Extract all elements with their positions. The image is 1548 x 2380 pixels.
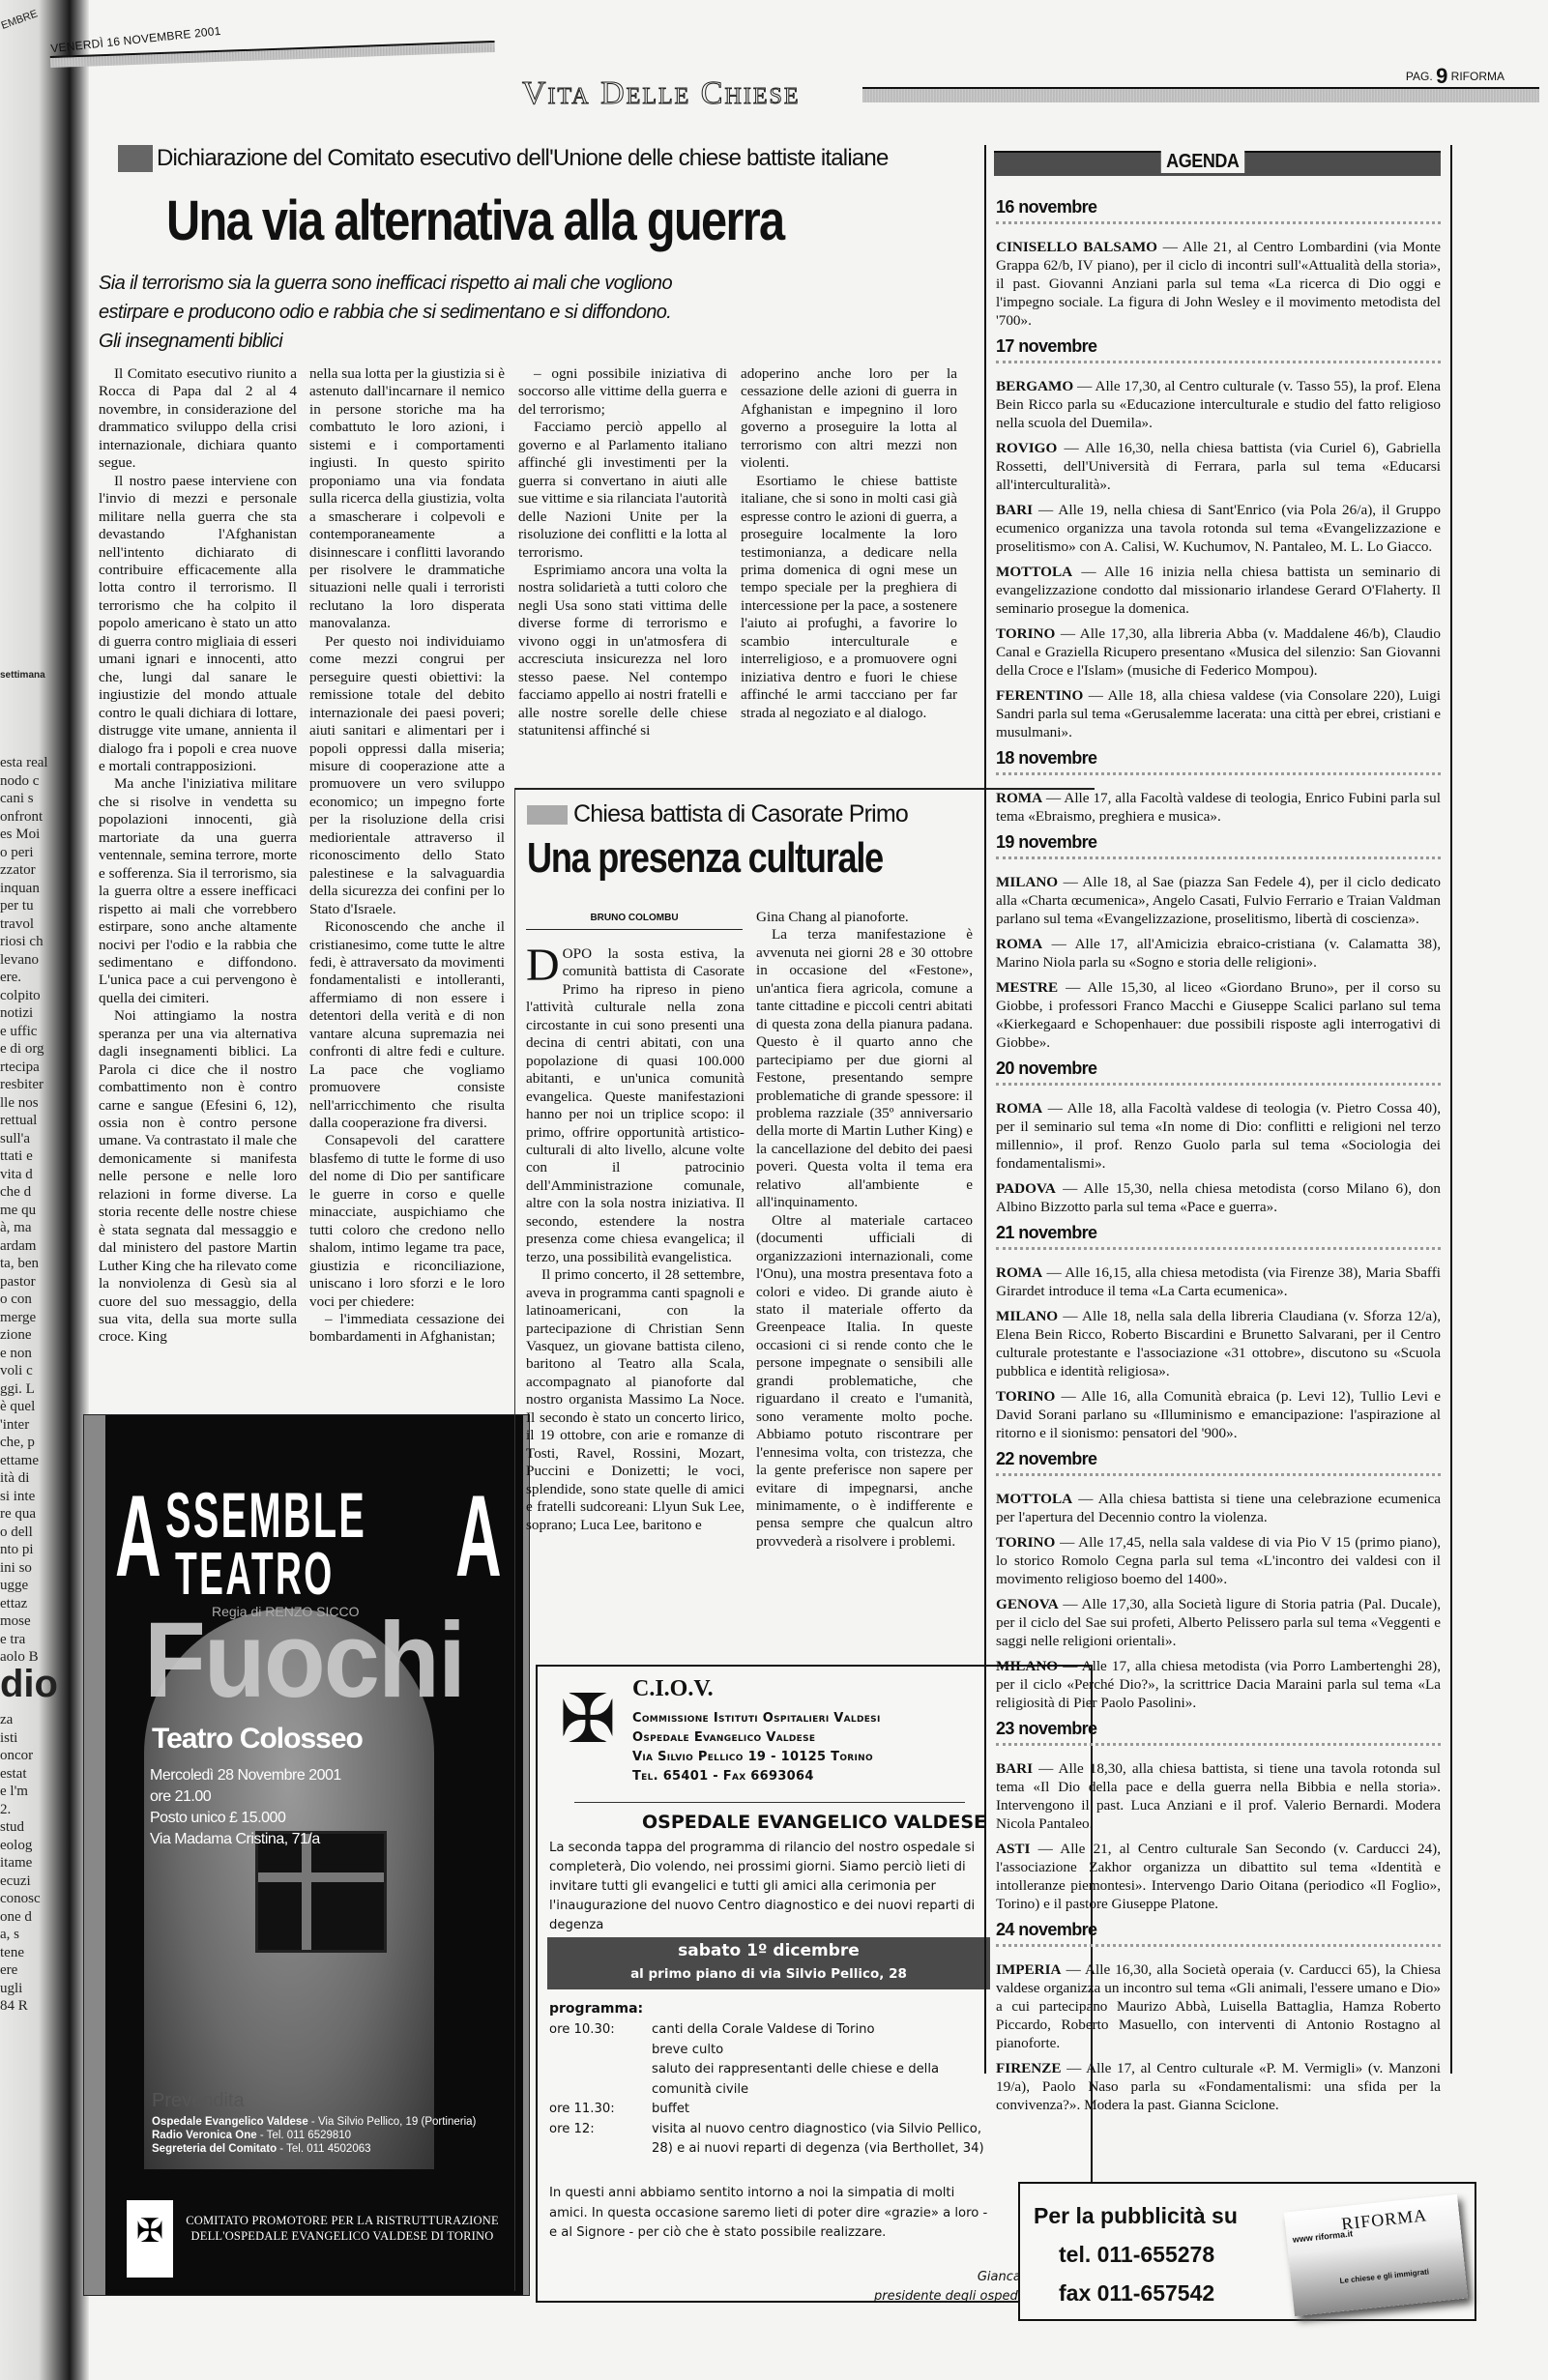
gutter-fragment: cani s [0, 790, 58, 808]
gutter-fragment: es Moi [0, 826, 58, 844]
gutter-fragment: e l'm [0, 1783, 58, 1801]
gutter-text-fragments: esta realnodo ccani sonfrontes Moio peri… [0, 754, 58, 1667]
gutter-fragment: ardam [0, 1237, 58, 1256]
gutter-fragment: ere. [0, 969, 58, 987]
second-article-column-2: Gina Chang al pianoforte.La terza manife… [756, 909, 973, 1551]
agenda-event: GENOVA — Alle 17,30, alla Società ligure… [996, 1595, 1441, 1650]
event-city: BARI [996, 502, 1033, 518]
program-list: ore 10.30:canti della Corale Valdese di … [549, 2020, 996, 2160]
event-city: MOTTOLA [996, 1491, 1072, 1507]
event-time: ore 21.00 [150, 1786, 341, 1808]
ciov-divider [574, 1802, 965, 1803]
column-divider [514, 788, 515, 2291]
gutter-fragment: za [0, 1711, 58, 1729]
event-city: TORINO [996, 625, 1055, 642]
agenda-event: PADOVA — Alle 15,30, nella chiesa metodi… [996, 1179, 1441, 1216]
gutter-fragment: mose [0, 1612, 58, 1631]
event-city: FERENTINO [996, 687, 1083, 704]
agenda-day-heading: 18 novembre [996, 748, 1441, 775]
ciov-name: C.I.O.V. [632, 1676, 714, 1702]
kicker-text: Dichiarazione del Comitato esecutivo del… [157, 145, 889, 172]
event-city: MILANO [996, 1658, 1058, 1674]
gutter-fragment: travol [0, 915, 58, 934]
gutter-fragment: one d [0, 1908, 58, 1927]
venue-name: Teatro Colosseo [152, 1723, 363, 1756]
event-city: MOTTOLA [996, 564, 1072, 580]
gutter-fragment: si inte [0, 1488, 58, 1506]
paragraph: Noi attingiamo la nostra speranza per un… [99, 1007, 297, 1347]
gutter-fragment: estat [0, 1765, 58, 1784]
program-items: canti della Corale Valdese di Torinobrev… [652, 2020, 996, 2100]
main-article-kicker: Dichiarazione del Comitato esecutivo del… [118, 145, 889, 172]
gutter-fragment: e di org [0, 1040, 58, 1059]
gutter-fragment: oncor [0, 1747, 58, 1765]
prevendita-contacts: Ospedale Evangelico Valdese - Via Silvio… [152, 2115, 476, 2156]
paragraph: adoperino anche loro per la cessazione d… [741, 365, 957, 473]
event-city: PADOVA [996, 1180, 1056, 1197]
gutter-fragment: è quel [0, 1398, 58, 1416]
agenda-event: ROMA — Alle 17, alla Facoltà valdese di … [996, 789, 1441, 826]
committee-name: COMITATO PROMOTORE PER LA RISTRUTTURAZIO… [183, 2213, 502, 2244]
main-article-column-2: nella sua lotta per la giustizia si è as… [309, 365, 505, 1347]
event-city: ASTI [996, 1841, 1030, 1857]
agenda-event: FERENTINO — Alle 18, alla chiesa valdese… [996, 686, 1441, 741]
agenda-title: AGENDA [1161, 151, 1244, 173]
gutter-fragment: o con [0, 1291, 58, 1309]
paragraph: Esortiamo le chiese battiste italiane, c… [741, 473, 957, 722]
agenda-event: FIRENZE — Alle 17, al Centro culturale «… [996, 2059, 1441, 2114]
gutter-fragment: inquan [0, 880, 58, 898]
main-deck: Sia il terrorismo sia la guerra sono ine… [99, 269, 679, 356]
paragraph: – l'immediata cessazione dei bombardamen… [309, 1311, 505, 1347]
gutter-fragment: nto pi [0, 1541, 58, 1559]
gutter-fragment: merge [0, 1309, 58, 1327]
gutter-fragment: levano [0, 951, 58, 970]
gutter-fragment: vita d [0, 1166, 58, 1184]
program-time: ore 12: [549, 2120, 652, 2160]
agenda-day-heading: 16 novembre [996, 197, 1441, 224]
agenda-event: IMPERIA — Alle 16,30, alla Società opera… [996, 1960, 1441, 2052]
paragraph: nella sua lotta per la giustizia si è as… [309, 365, 505, 633]
paragraph: – ogni possibile iniziativa di soccorso … [518, 365, 727, 419]
pub-phone: tel. 011-655278 [1059, 2242, 1214, 2268]
gutter-top-word: EMBRE [0, 0, 59, 35]
publication-name: RIFORMA [1451, 70, 1504, 83]
agenda-event: CINISELLO BALSAMO — Alle 21, al Centro L… [996, 238, 1441, 330]
pub-line1: Per la pubblicità su [1034, 2203, 1238, 2229]
paragraph: Ma anche l'iniziativa militare che si ri… [99, 775, 297, 1007]
pubblicita-advertisement: Per la pubblicità su tel. 011-655278 fax… [1018, 2182, 1476, 2321]
paragraph: Esprimiamo ancora una volta la nostra so… [518, 562, 727, 740]
program-item: saluto dei rappresentanti delle chiese e… [652, 2060, 996, 2100]
gutter-fragment: pastor [0, 1273, 58, 1292]
event-price: Posto unico £ 15.000 [150, 1808, 341, 1829]
pub-fax: fax 011-657542 [1059, 2280, 1214, 2307]
gutter-fragment: ggi. L [0, 1380, 58, 1399]
program-item: canti della Corale Valdese di Torino [652, 2020, 996, 2041]
gutter-fragment: re qua [0, 1505, 58, 1524]
gutter-fragment: ere [0, 1961, 58, 1980]
gutter-fragment: lle nos [0, 1094, 58, 1113]
paragraph: Facciamo perciò appello al governo e al … [518, 419, 727, 562]
teatro-advertisement: A SSEMBLE TEATRO A Fuochi Regia di RENZO… [83, 1414, 530, 2296]
main-article-column-3: – ogni possibile iniziativa di soccorso … [518, 365, 727, 740]
agenda-day-heading: 19 novembre [996, 832, 1441, 859]
event-city: MESTRE [996, 979, 1058, 996]
gutter-fragment: à, ma [0, 1219, 58, 1237]
agenda-event: MILANO — Alle 18, al Sae (piazza San Fed… [996, 873, 1441, 928]
gutter-fragment: 84 R [0, 1997, 58, 2016]
gutter-fragment: ettame [0, 1452, 58, 1470]
paragraph: Il nostro paese interviene con l'invio d… [99, 473, 297, 776]
program-row: ore 10.30:canti della Corale Valdese di … [549, 2020, 996, 2100]
gutter-fragment: colpito [0, 987, 58, 1005]
agenda-event: ROMA — Alle 16,15, alla chiesa metodista… [996, 1263, 1441, 1300]
event-city: ROVIGO [996, 440, 1057, 456]
huguenot-cross-icon: ✠ [551, 1680, 625, 1777]
agenda-event: MOTTOLA — Alle 16 inizia nella chiesa ba… [996, 563, 1441, 618]
gutter-fragment: o peri [0, 844, 58, 862]
page-indicator: PAG. 9 RIFORMA [1406, 64, 1504, 89]
agenda-day-heading: 22 novembre [996, 1449, 1441, 1476]
contact-row: Radio Veronica One - Tel. 011 6529810 [152, 2129, 476, 2142]
newspaper-image: RIFORMA www riforma.it Le chiese e gli i… [1284, 2194, 1468, 2316]
gutter-fragment: ugge [0, 1577, 58, 1595]
agenda-event: BERGAMO — Alle 17,30, al Centro cultural… [996, 377, 1441, 432]
ciov-intro: La seconda tappa del programma di rilanc… [549, 1839, 994, 1935]
program-time: ore 11.30: [549, 2100, 652, 2120]
kicker-bar [118, 145, 153, 172]
gutter-label: settimana [0, 667, 58, 685]
gutter-fragment: riosi ch [0, 933, 58, 951]
gutter-fragment: esta real [0, 754, 58, 772]
event-info: Mercoledì 28 Novembre 2001 ore 21.00 Pos… [150, 1765, 341, 1850]
gutter-fragment: ini so [0, 1559, 58, 1578]
main-article-column-4: adoperino anche loro per la cessazione d… [741, 365, 957, 722]
gutter-fragment: per tu [0, 897, 58, 915]
main-article-column-1: Il Comitato esecutivo riunito a Rocca di… [99, 365, 297, 1347]
ciov-closing: In questi anni abbiamo sentito intorno a… [549, 2184, 996, 2244]
huguenot-cross-icon: ✠ [127, 2200, 173, 2278]
agenda-event: ROVIGO — Alle 16,30, nella chiesa battis… [996, 439, 1441, 494]
ad-letter-a-right: A [455, 1478, 502, 1594]
agenda-list: 16 novembreCINISELLO BALSAMO — Alle 21, … [996, 193, 1441, 2121]
event-city: ROMA [996, 790, 1042, 806]
ad-title-line2: TEATRO [175, 1545, 335, 1605]
drop-cap: D [526, 947, 560, 984]
contact-row: Segreteria del Comitato - Tel. 011 45020… [152, 2142, 476, 2156]
second-headline: Una presenza culturale [527, 834, 883, 883]
gutter-fragment: eolog [0, 1837, 58, 1855]
gutter-fragment: ta, ben [0, 1255, 58, 1273]
gutter-fragment: che d [0, 1183, 58, 1202]
gutter-fragment: ettaz [0, 1595, 58, 1613]
second-article-column-1: DOPO la sosta estiva, la comunità battis… [526, 945, 745, 1534]
main-headline: Una via alternativa alla guerra [166, 189, 783, 253]
event-city: BARI [996, 1760, 1033, 1777]
agenda-event: BARI — Alle 18,30, alla chiesa battista,… [996, 1759, 1441, 1833]
gutter-fragment: e tra [0, 1631, 58, 1649]
gutter-fragment: tene [0, 1944, 58, 1962]
previous-page-gutter: EMBRE settimana esta realnodo ccani sonf… [0, 0, 89, 2380]
prevendita-label: Prevendita [152, 2090, 245, 2112]
gutter-fragment: rtecipa [0, 1059, 58, 1077]
gutter-fragment: e non [0, 1345, 58, 1363]
program-time: ore 10.30: [549, 2020, 652, 2100]
paragraph: Il primo concerto, il 28 settembre, avev… [526, 1266, 745, 1534]
agenda-event: ROMA — Alle 17, all'Amicizia ebraico-cri… [996, 935, 1441, 972]
paragraph: Oltre al materiale cartaceo (documenti u… [756, 1212, 973, 1552]
gutter-lower-fragments: zaistioncorestate l'm2.studeologitameecu… [0, 1711, 58, 2016]
agenda-day-heading: 21 novembre [996, 1223, 1441, 1250]
event-city: MILANO [996, 1308, 1058, 1324]
second-article-kicker: Chiesa battista di Casorate Primo [527, 800, 908, 828]
gutter-fragment: zione [0, 1326, 58, 1345]
program-row: ore 11.30:buffet [549, 2100, 996, 2120]
event-city: IMPERIA [996, 1961, 1062, 1978]
paragraph: Consapevoli del carattere blasfemo di tu… [309, 1132, 505, 1311]
gutter-fragment: resbiter [0, 1076, 58, 1094]
event-city: GENOVA [996, 1596, 1059, 1612]
gutter-fragment: ità di [0, 1469, 58, 1488]
event-city: ROMA [996, 1264, 1042, 1281]
paragraph: Per questo noi individuiamo come mezzi c… [309, 633, 505, 918]
gutter-fragment: che, p [0, 1434, 58, 1452]
paragraph: Gina Chang al pianoforte. [756, 909, 973, 926]
event-city: ROMA [996, 936, 1042, 952]
ad-title-line1: SSEMBLE [165, 1483, 366, 1547]
gutter-fragment: ugli [0, 1980, 58, 1998]
agenda-event: MESTRE — Alle 15,30, al liceo «Giordano … [996, 978, 1441, 1052]
gutter-dio-word: dio [0, 1663, 58, 1705]
contact-row: Ospedale Evangelico Valdese - Via Silvio… [152, 2115, 476, 2129]
gutter-fragment: stud [0, 1818, 58, 1837]
gutter-fragment: notizi [0, 1004, 58, 1023]
agenda-event: ASTI — Alle 21, al Centro culturale San … [996, 1840, 1441, 1913]
paragraph: La terza manifestazione è avvenuta nei g… [756, 926, 973, 1211]
paragraph: DOPO la sosta estiva, la comunità battis… [526, 945, 745, 1266]
gutter-fragment: onfront [0, 808, 58, 827]
event-city: ROMA [996, 1100, 1042, 1117]
agenda-event: TORINO — Alle 17,30, alla libreria Abba … [996, 624, 1441, 680]
gutter-fragment: 'inter [0, 1416, 58, 1435]
gutter-fragment: voli c [0, 1362, 58, 1380]
section-title: Vita Delle Chiese [522, 75, 800, 112]
program-items: buffet [652, 2100, 689, 2120]
gutter-fragment: zzator [0, 861, 58, 880]
program-label: programma: [549, 2001, 643, 2017]
event-city: TORINO [996, 1388, 1055, 1405]
ad-letter-a-left: A [115, 1478, 161, 1594]
event-city: TORINO [996, 1534, 1055, 1551]
program-item: visita al nuovo centro diagnostico (via … [652, 2120, 996, 2160]
event-city: CINISELLO BALSAMO [996, 239, 1157, 255]
agenda-event: TORINO — Alle 17,45, nella sala valdese … [996, 1533, 1441, 1588]
gutter-fragment: me qu [0, 1202, 58, 1220]
byline: BRUNO COLOMBU [526, 913, 743, 930]
ciov-address: Commissione Istituti Ospitalieri Valdesi… [632, 1709, 881, 1786]
paragraph: Riconoscendo che anche il cristianesimo,… [309, 918, 505, 1132]
gutter-fragment: nodo c [0, 772, 58, 791]
event-date: Mercoledì 28 Novembre 2001 [150, 1765, 341, 1786]
kicker-bar [527, 805, 568, 825]
event-city: BERGAMO [996, 378, 1073, 394]
gutter-fragment: isti [0, 1729, 58, 1748]
event-city: FIRENZE [996, 2060, 1062, 2076]
play-director: Regia di RENZO SICCO [212, 1604, 359, 1619]
event-address: Via Madama Cristina, 71/a [150, 1829, 341, 1850]
gutter-fragment: e uffic [0, 1023, 58, 1041]
gutter-fragment: 2. [0, 1801, 58, 1819]
agenda-event: BARI — Alle 19, nella chiesa di Sant'Enr… [996, 501, 1441, 556]
agenda-header: AGENDA [994, 151, 1441, 176]
gutter-fragment: itame [0, 1854, 58, 1872]
program-row: ore 12:visita al nuovo centro diagnostic… [549, 2120, 996, 2160]
page-number: 9 [1436, 64, 1447, 88]
event-city: MILANO [996, 874, 1058, 890]
agenda-sidebar: AGENDA 16 novembreCINISELLO BALSAMO — Al… [984, 145, 1452, 2074]
agenda-day-heading: 20 novembre [996, 1059, 1441, 1086]
agenda-event: MILANO — Alle 18, nella sala della libre… [996, 1307, 1441, 1380]
gutter-fragment: conosc [0, 1890, 58, 1908]
header-rule-right [862, 87, 1539, 102]
gutter-fragment: sull'a [0, 1130, 58, 1148]
agenda-event: ROMA — Alle 18, alla Facoltà valdese di … [996, 1099, 1441, 1173]
gutter-fragment: o dell [0, 1524, 58, 1542]
gutter-fragment: ttati e [0, 1147, 58, 1166]
agenda-event: TORINO — Alle 16, alla Comunità ebraica … [996, 1387, 1441, 1442]
agenda-day-heading: 24 novembre [996, 1920, 1441, 1947]
agenda-event: MILANO — Alle 17, alla chiesa metodista … [996, 1657, 1441, 1712]
program-item: breve culto [652, 2041, 996, 2061]
gutter-fragment: rettual [0, 1112, 58, 1130]
agenda-day-heading: 23 novembre [996, 1719, 1441, 1746]
program-items: visita al nuovo centro diagnostico (via … [652, 2120, 996, 2160]
agenda-event: MOTTOLA — Alla chiesa battista si tiene … [996, 1490, 1441, 1526]
program-item: buffet [652, 2100, 689, 2120]
kicker-text: Chiesa battista di Casorate Primo [573, 800, 908, 828]
ciov-date-band: sabato 1º dicembre al primo piano di via… [547, 1937, 990, 1989]
paragraph: Il Comitato esecutivo riunito a Rocca di… [99, 365, 297, 473]
newspaper-page: VENERDÌ 16 NOVEMBRE 2001 Vita Delle Chie… [89, 0, 1548, 2380]
page-label: PAG. [1406, 70, 1433, 83]
gutter-fragment: a, s [0, 1926, 58, 1944]
gutter-fragment: ecuzi [0, 1872, 58, 1891]
agenda-day-heading: 17 novembre [996, 336, 1441, 363]
